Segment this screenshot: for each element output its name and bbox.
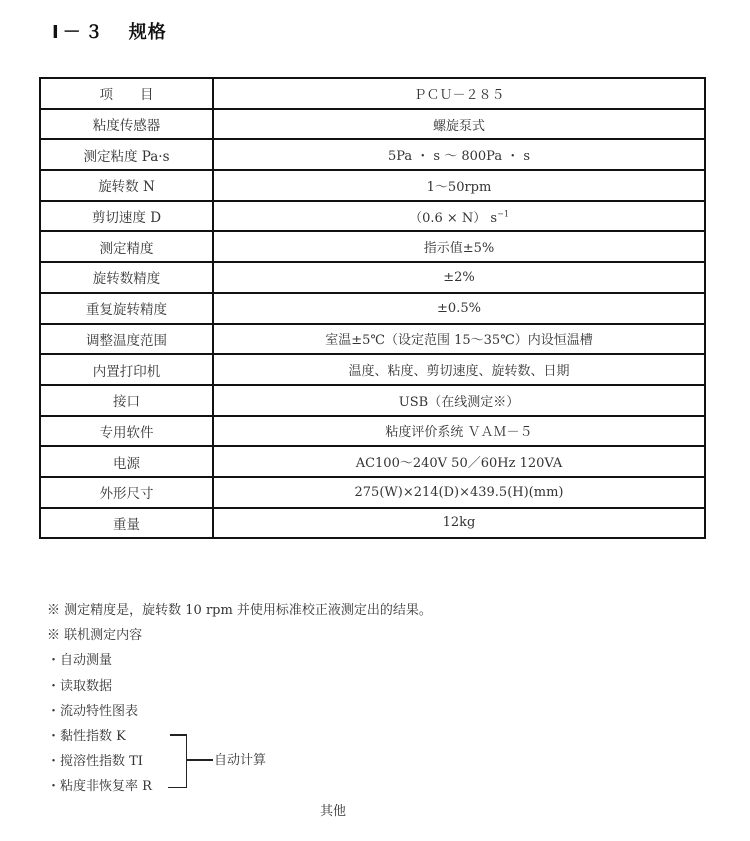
- list-item: ・流动特性图表: [47, 699, 432, 724]
- table-row: 内置打印机温度、粘度、剪切速度、旋转数、日期: [40, 354, 705, 385]
- row-key: 外形尺寸: [40, 477, 213, 508]
- row-value: （0.6 × N） s−1: [213, 201, 705, 232]
- auto-calc-label: 自动计算: [214, 749, 266, 768]
- table-row: 旋转数 N1～50rpm: [40, 170, 705, 201]
- row-key: 测定粘度 Pa·s: [40, 139, 213, 170]
- section-number: Ⅰ－３: [52, 22, 107, 43]
- table-row: 专用软件粘度评价系统 ＶＡＭ－５: [40, 416, 705, 447]
- note-online: ※ 联机测定内容: [47, 623, 432, 648]
- row-key: 重量: [40, 508, 213, 539]
- row-value: 275(W)×214(D)×439.5(H)(mm): [213, 477, 705, 508]
- row-key: 电源: [40, 446, 213, 477]
- row-key: 旋转数 N: [40, 170, 213, 201]
- table-row: 外形尺寸275(W)×214(D)×439.5(H)(mm): [40, 477, 705, 508]
- row-value: 室温±5℃（设定范围 15～35℃）内设恒温槽: [213, 324, 705, 355]
- table-row: 电源AC100～240V 50／60Hz 120VA: [40, 446, 705, 477]
- table-row: 接口USB（在线测定※）: [40, 385, 705, 416]
- row-key: 旋转数精度: [40, 262, 213, 293]
- row-value: ±2%: [213, 262, 705, 293]
- row-value: 粘度评价系统 ＶＡＭ－５: [213, 416, 705, 447]
- row-value: 螺旋泵式: [213, 109, 705, 140]
- list-item: ・黏性指数 K: [47, 724, 432, 749]
- row-key: 内置打印机: [40, 354, 213, 385]
- row-key: 调整温度范围: [40, 324, 213, 355]
- row-value: USB（在线测定※）: [213, 385, 705, 416]
- table-row: 旋转数精度±2%: [40, 262, 705, 293]
- row-key: 剪切速度 D: [40, 201, 213, 232]
- shear-rate-exponent: −1: [497, 209, 509, 218]
- table-row: 剪切速度 D（0.6 × N） s−1: [40, 201, 705, 232]
- spec-table: 项 目 ＰＣＵ－２８５ 粘度传感器螺旋泵式 测定粘度 Pa·s5Pa ・ s ～…: [39, 77, 706, 539]
- row-value: 5Pa ・ s ～ 800Pa ・ s: [213, 139, 705, 170]
- section-title: Ⅰ－３规格: [52, 18, 167, 44]
- row-value: 12kg: [213, 508, 705, 539]
- row-key: 专用软件: [40, 416, 213, 447]
- list-item: ・粘度非恢复率 R: [47, 774, 432, 799]
- note-accuracy: ※ 测定精度是，旋转数 10 rpm 并使用标准校正液测定出的结果。: [47, 598, 432, 623]
- bracket-bottom-line: [168, 787, 187, 789]
- bracket-top-line: [170, 734, 187, 736]
- row-value: 1～50rpm: [213, 170, 705, 201]
- row-value: 温度、粘度、剪切速度、旋转数、日期: [213, 354, 705, 385]
- row-key: 粘度传感器: [40, 109, 213, 140]
- row-key: 重复旋转精度: [40, 293, 213, 324]
- table-header-row: 项 目 ＰＣＵ－２８５: [40, 78, 705, 109]
- table-row: 重复旋转精度±0.5%: [40, 293, 705, 324]
- row-value: 指示值±5%: [213, 231, 705, 262]
- table-row: 调整温度范围室温±5℃（设定范围 15～35℃）内设恒温槽: [40, 324, 705, 355]
- table-row: 测定精度指示值±5%: [40, 231, 705, 262]
- section-label: 规格: [129, 22, 167, 43]
- row-value: AC100～240V 50／60Hz 120VA: [213, 446, 705, 477]
- list-item: ・自动测量: [47, 648, 432, 673]
- header-value: ＰＣＵ－２８５: [213, 78, 705, 109]
- table-row: 粘度传感器螺旋泵式: [40, 109, 705, 140]
- row-value: ±0.5%: [213, 293, 705, 324]
- notes-section: ※ 测定精度是，旋转数 10 rpm 并使用标准校正液测定出的结果。 ※ 联机测…: [47, 598, 432, 800]
- bracket-vertical-line: [186, 734, 188, 788]
- header-key: 项 目: [40, 78, 213, 109]
- list-item: ・读取数据: [47, 674, 432, 699]
- table-row: 重量12kg: [40, 508, 705, 539]
- row-key: 测定精度: [40, 231, 213, 262]
- table-row: 测定粘度 Pa·s5Pa ・ s ～ 800Pa ・ s: [40, 139, 705, 170]
- shear-rate-formula: （0.6 × N） s: [409, 211, 497, 226]
- row-key: 接口: [40, 385, 213, 416]
- other-label: 其他: [320, 800, 346, 819]
- bracket-middle-line: [186, 759, 213, 761]
